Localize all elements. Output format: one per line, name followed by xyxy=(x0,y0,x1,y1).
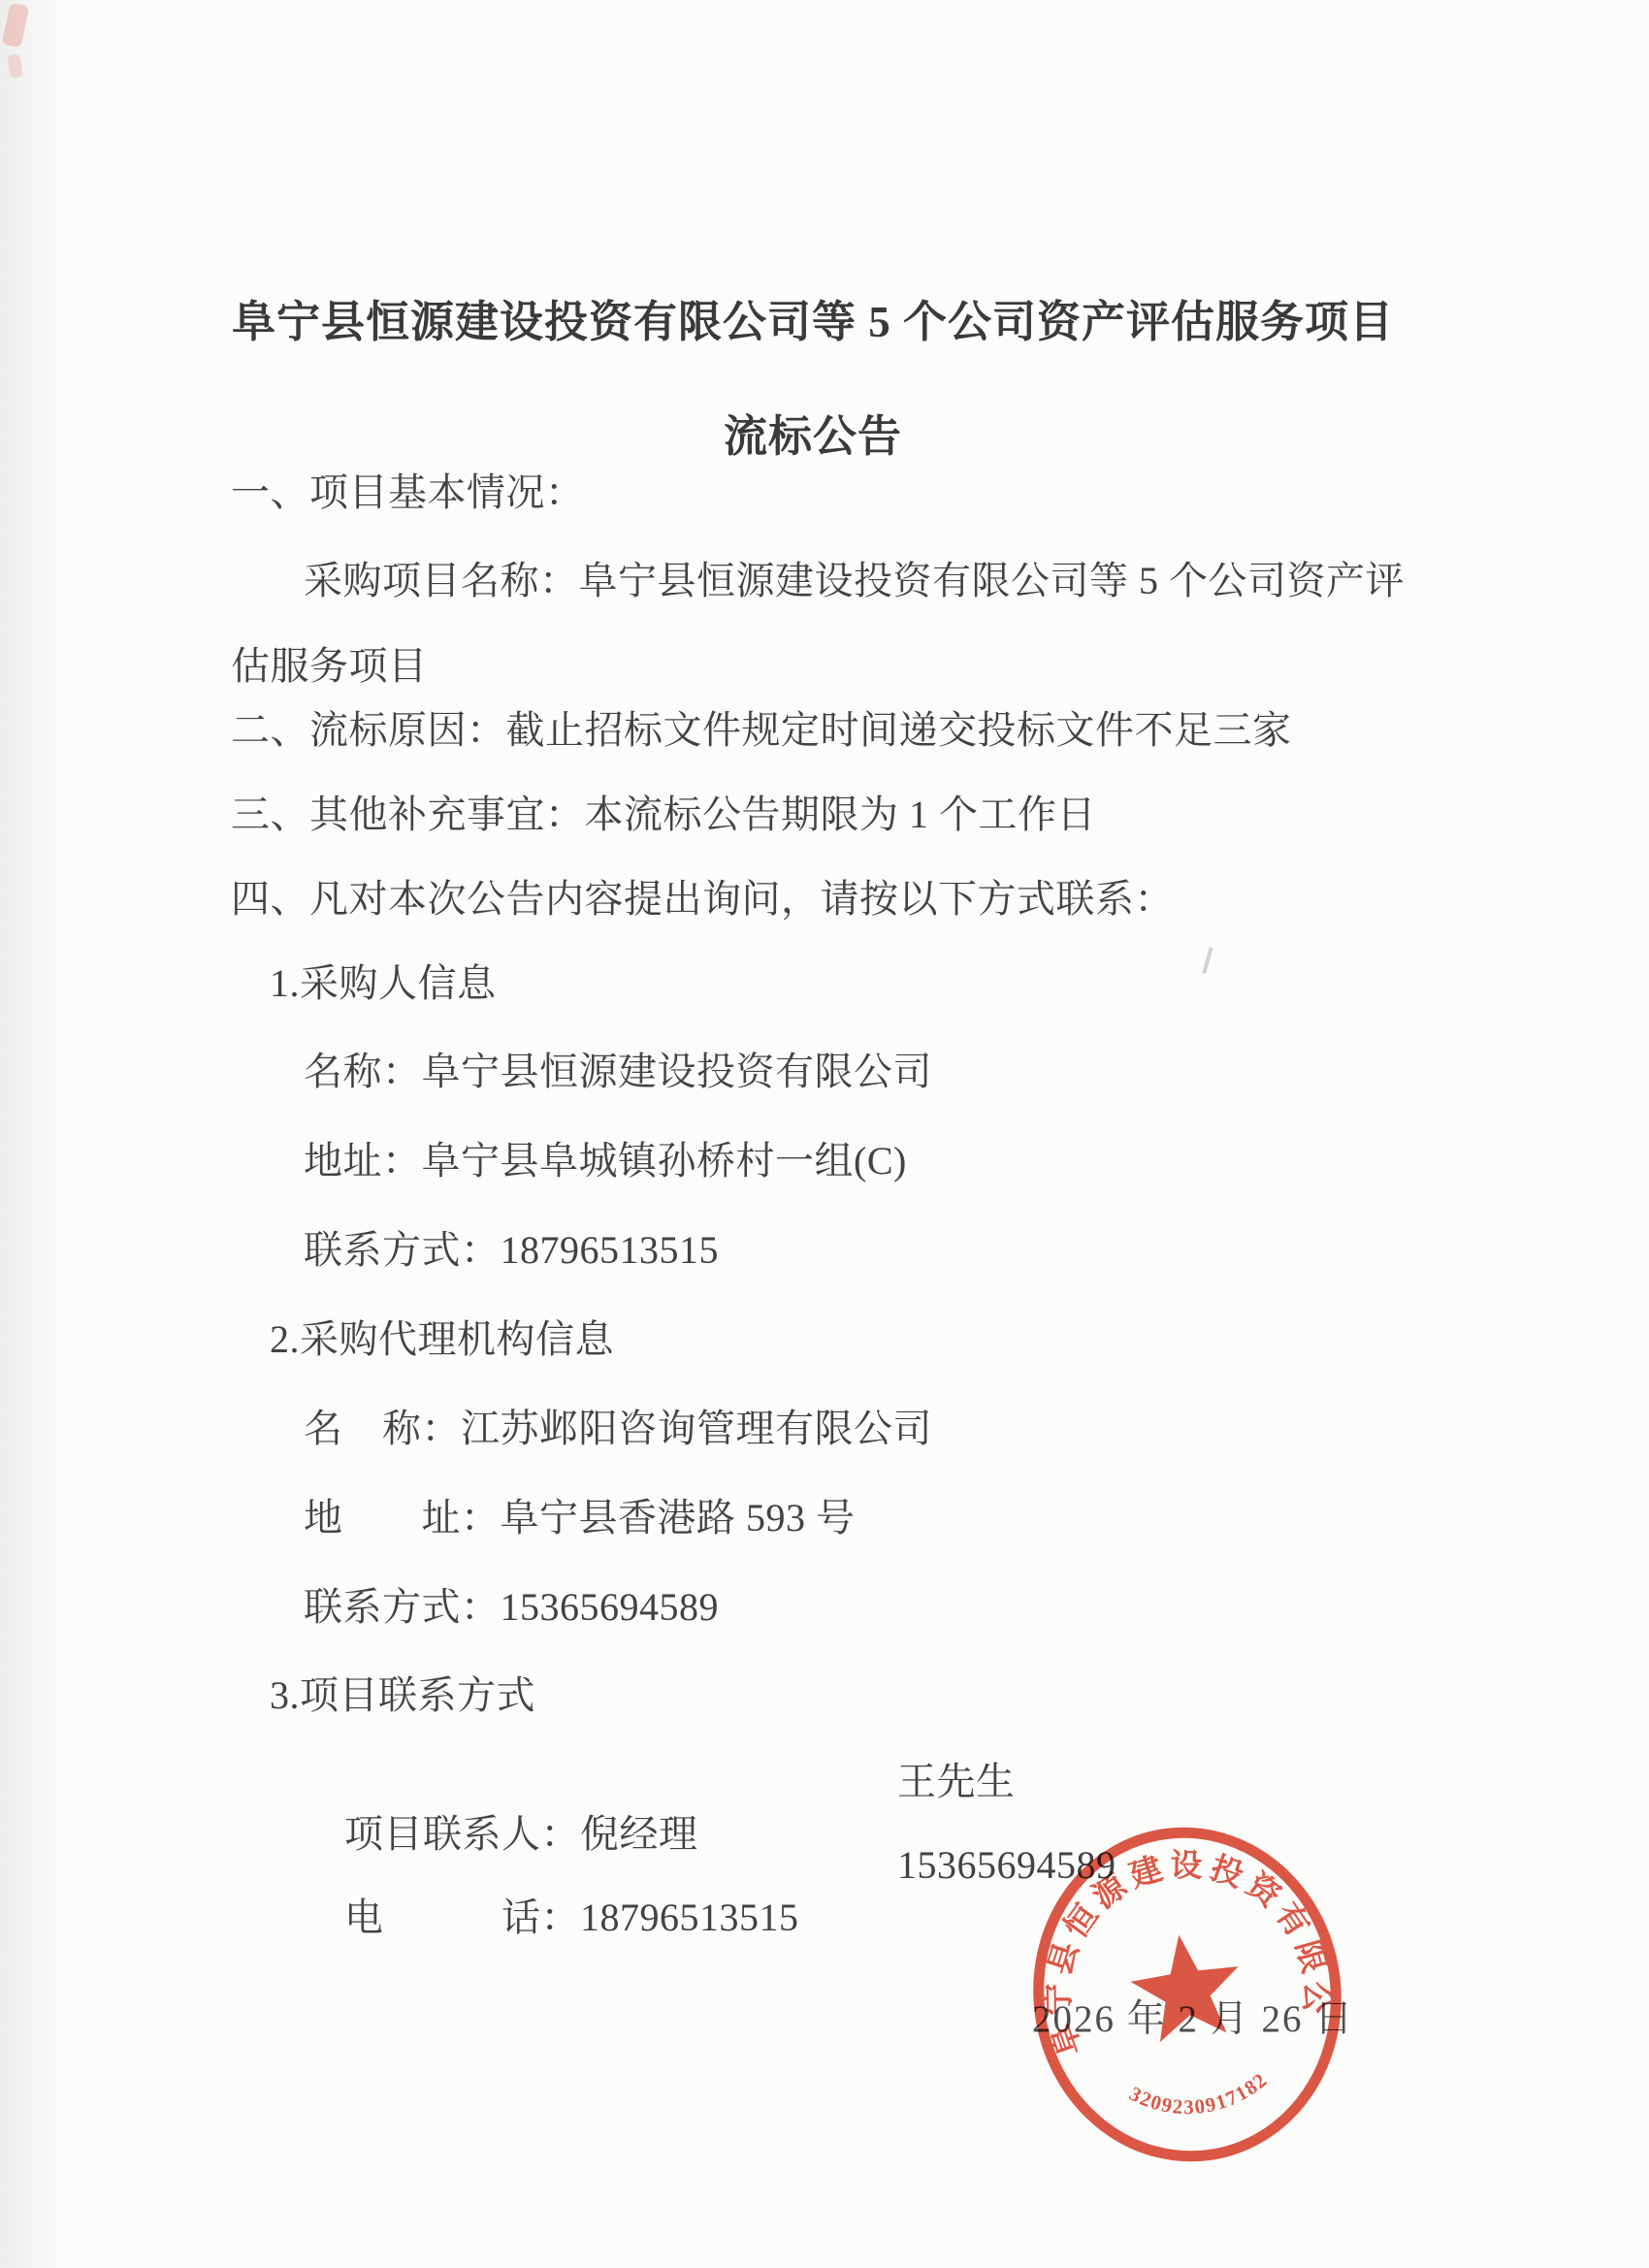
purchaser-address: 地址：阜宁县阜城镇孙桥村一组(C) xyxy=(0,1135,1649,1187)
agency-name: 名 称：江苏邺阳咨询管理有限公司 xyxy=(0,1403,1649,1455)
agency-info-heading: 2.采购代理机构信息 xyxy=(0,1313,1649,1366)
purchaser-name: 名称：阜宁县恒源建设投资有限公司 xyxy=(0,1046,1649,1098)
purchaser-info-heading: 1.采购人信息 xyxy=(0,957,1649,1010)
agency-address: 地 址：阜宁县香港路 593 号 xyxy=(0,1492,1649,1544)
document-title-line1: 阜宁县恒源建设投资有限公司等 5 个公司资产评估服务项目 xyxy=(0,286,1637,349)
section-1-paragraph-line1: 采购项目名称：阜宁县恒源建设投资有限公司等 5 个公司资产评 xyxy=(0,555,1649,607)
section-1-paragraph-line2: 估服务项目 xyxy=(0,640,1649,693)
project-contact-heading: 3.项目联系方式 xyxy=(0,1669,1649,1722)
section-4-heading: 四、凡对本次公告内容提出询问，请按以下方式联系： xyxy=(0,873,1649,925)
section-3-heading: 三、其他补充事宜：本流标公告期限为 1 个工作日 xyxy=(0,789,1649,841)
project-contact-phone-row: 电 话：18796513515 15365694589 xyxy=(0,1839,1649,2049)
scanned-document-page: 阜宁县恒源建设投资有限公司等 5 个公司资产评估服务项目 流标公告 一、项目基本… xyxy=(0,0,1649,2268)
seal-star-icon xyxy=(1125,1928,1247,2045)
official-seal: 阜宁县恒源建设投资有限公司 3209230917182 xyxy=(998,1800,1376,2188)
project-contact-person-2: 王先生 xyxy=(897,1756,1016,1808)
seal-number-text: 3209230917182 xyxy=(1123,2063,1276,2128)
agency-contact: 联系方式：15365694589 xyxy=(0,1581,1649,1634)
document-title-line2: 流标公告 xyxy=(0,401,1637,464)
purchaser-contact: 联系方式：18796513515 xyxy=(0,1224,1649,1277)
section-2-heading: 二、流标原因：截止招标文件规定时间递交投标文件不足三家 xyxy=(0,704,1649,757)
project-contact-phone-1: 电 话：18796513515 xyxy=(344,1895,799,1939)
section-1-heading: 一、项目基本情况： xyxy=(0,467,1649,519)
